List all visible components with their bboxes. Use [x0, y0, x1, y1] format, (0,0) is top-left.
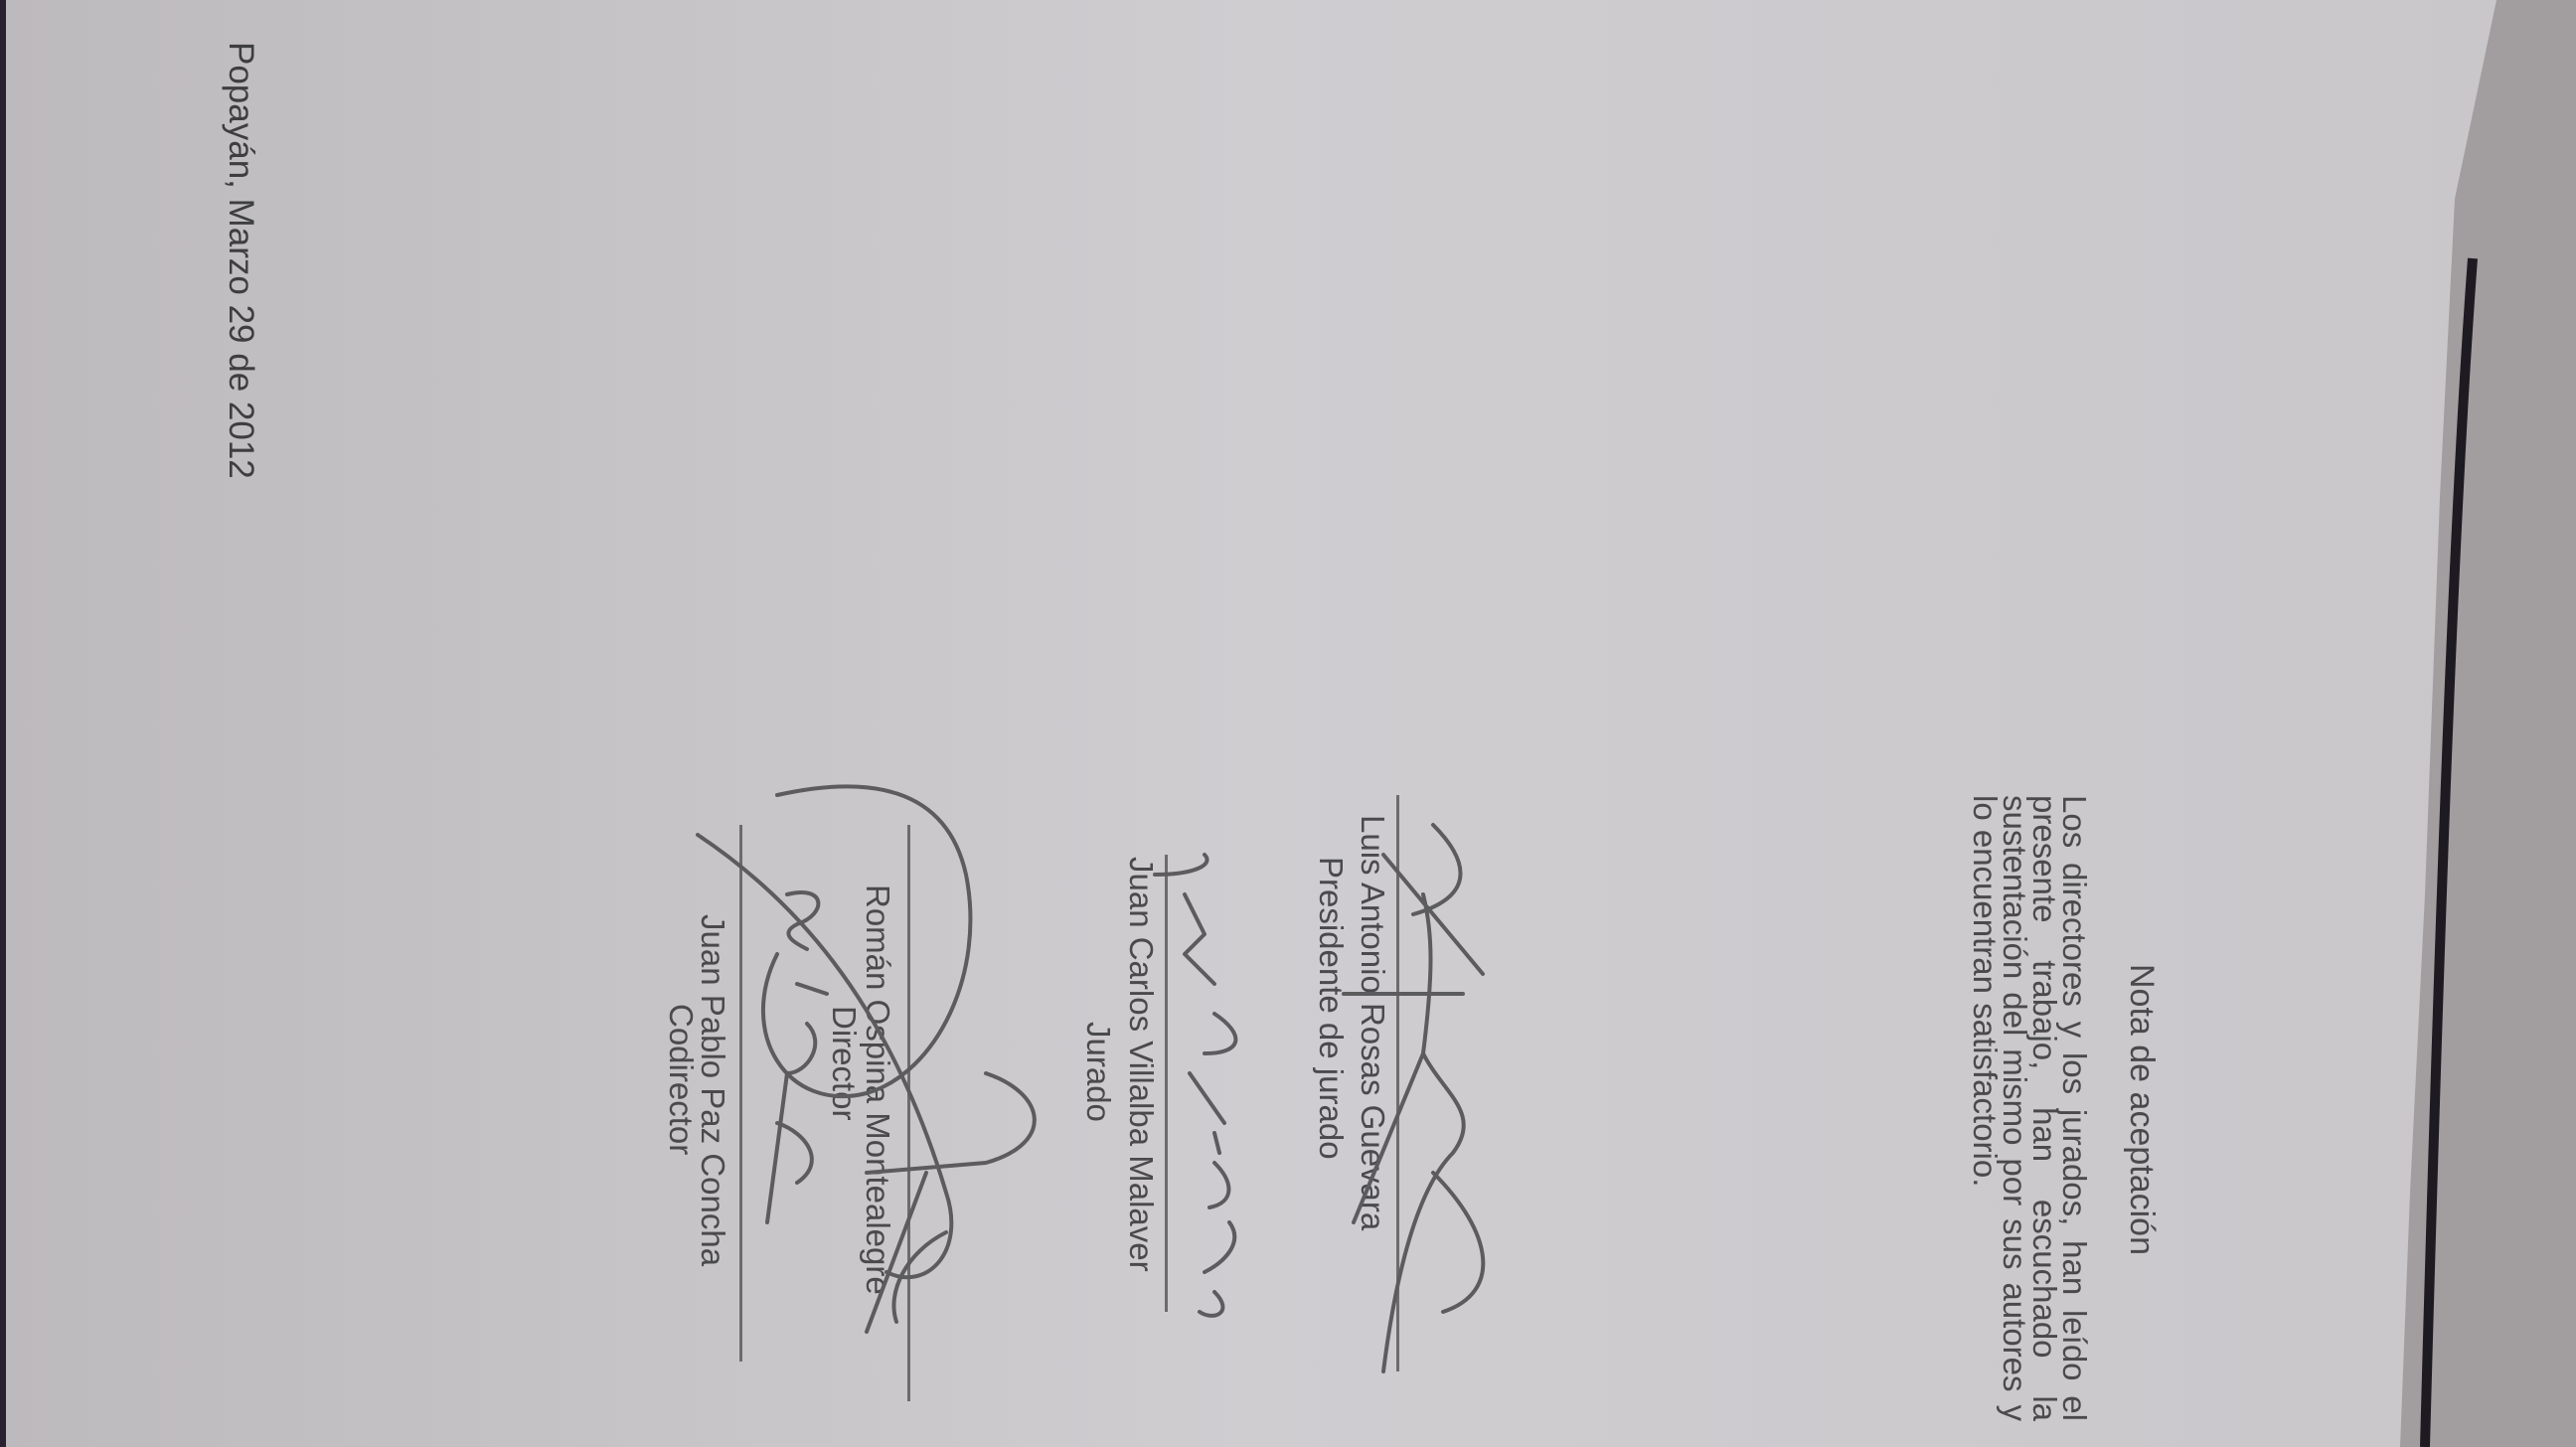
- signatory-name: Luis Antonio Rosas Guevara: [1354, 815, 1391, 1230]
- signature-line: [1165, 855, 1168, 1312]
- document-title: Nota de aceptación: [2122, 964, 2161, 1255]
- signature-line: [907, 825, 910, 1401]
- signatory-role: Jurado: [1079, 1022, 1117, 1122]
- signatory-role: Director: [825, 1006, 863, 1121]
- place-and-date: Popayán, Marzo 29 de 2012: [221, 42, 260, 479]
- signatory-role: Codirector: [662, 1004, 700, 1155]
- signatory-role: Presidente de jurado: [1312, 857, 1350, 1160]
- body-paragraph: Los directores y los jurados, han leído …: [1970, 795, 2089, 1421]
- signature-line: [739, 825, 742, 1362]
- handwritten-signatures: [0, 0, 2576, 1447]
- signatory-name: Román Ospina Montealegre: [859, 884, 896, 1295]
- acceptance-note-page: Nota de aceptación Los directores y los …: [0, 0, 2576, 1447]
- signatory-name: Juan Carlos Villalba Malaver: [1122, 857, 1160, 1272]
- signature-line: [1396, 795, 1399, 1371]
